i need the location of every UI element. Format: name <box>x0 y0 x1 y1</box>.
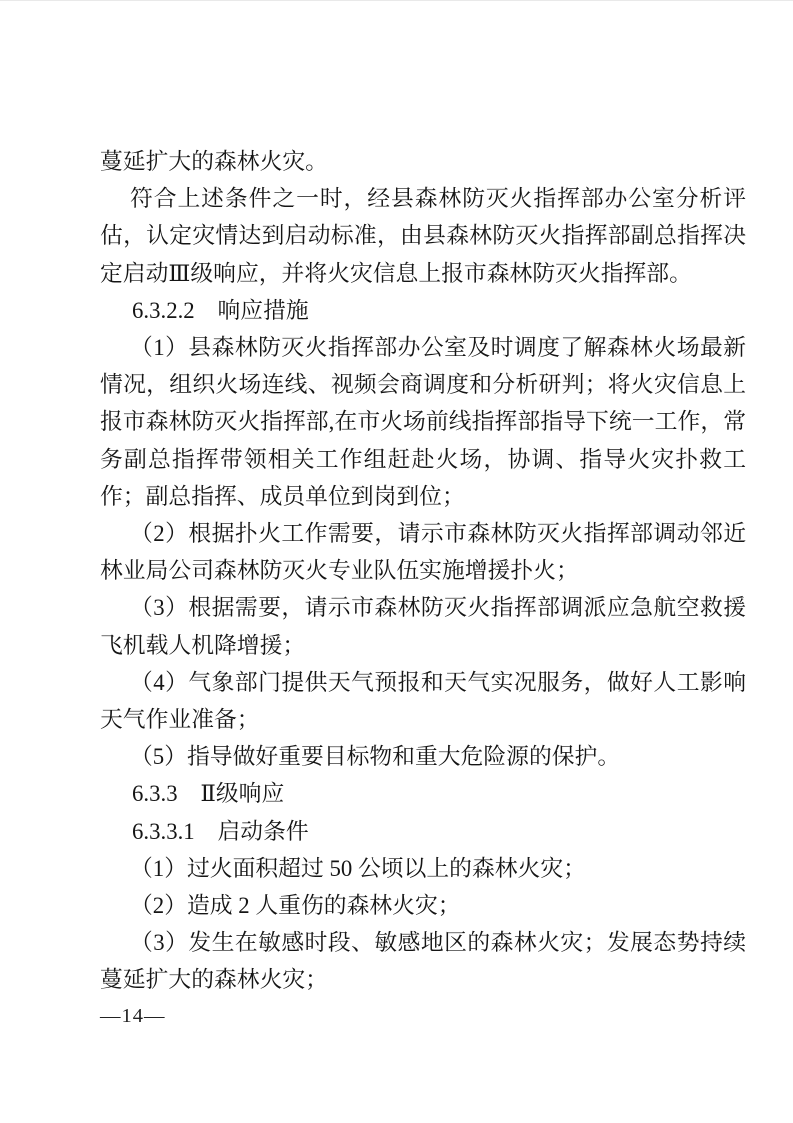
paragraph-level3-activation: 符合上述条件之一时，经县森林防灭火指挥部办公室分析评估，认定灾情达到启动标准，由… <box>100 180 746 292</box>
measure-item-4: （4）气象部门提供天气预报和天气实况服务，做好人工影响天气作业准备； <box>100 664 746 738</box>
condition-item-2: （2）造成 2 人重伤的森林火灾； <box>100 887 746 924</box>
continued-paragraph: 蔓延扩大的森林火灾。 <box>100 143 746 180</box>
document-body: 蔓延扩大的森林火灾。 符合上述条件之一时，经县森林防灭火指挥部办公室分析评估，认… <box>100 143 746 999</box>
page-number: —14— <box>100 1004 166 1028</box>
measure-item-2: （2）根据扑火工作需要，请示市森林防灭火指挥部调动邻近林业局公司森林防灭火专业队… <box>100 515 746 589</box>
measure-item-5: （5）指导做好重要目标物和重大危险源的保护。 <box>100 738 746 775</box>
condition-item-1: （1）过火面积超过 50 公顷以上的森林火灾； <box>100 850 746 887</box>
document-page: 蔓延扩大的森林火灾。 符合上述条件之一时，经县森林防灭火指挥部办公室分析评估，认… <box>0 0 793 1123</box>
condition-item-3: （3）发生在敏感时段、敏感地区的森林火灾；发展态势持续蔓延扩大的森林火灾； <box>100 924 746 998</box>
measure-item-3: （3）根据需要，请示市森林防灭火指挥部调派应急航空救援飞机载人机降增援； <box>100 589 746 663</box>
heading-6-3-2-2: 6.3.2.2 响应措施 <box>100 292 746 329</box>
heading-6-3-3: 6.3.3 Ⅱ级响应 <box>100 775 746 812</box>
heading-6-3-3-1: 6.3.3.1 启动条件 <box>100 813 746 850</box>
measure-item-1: （1）县森林防灭火指挥部办公室及时调度了解森林火场最新情况，组织火场连线、视频会… <box>100 329 746 515</box>
